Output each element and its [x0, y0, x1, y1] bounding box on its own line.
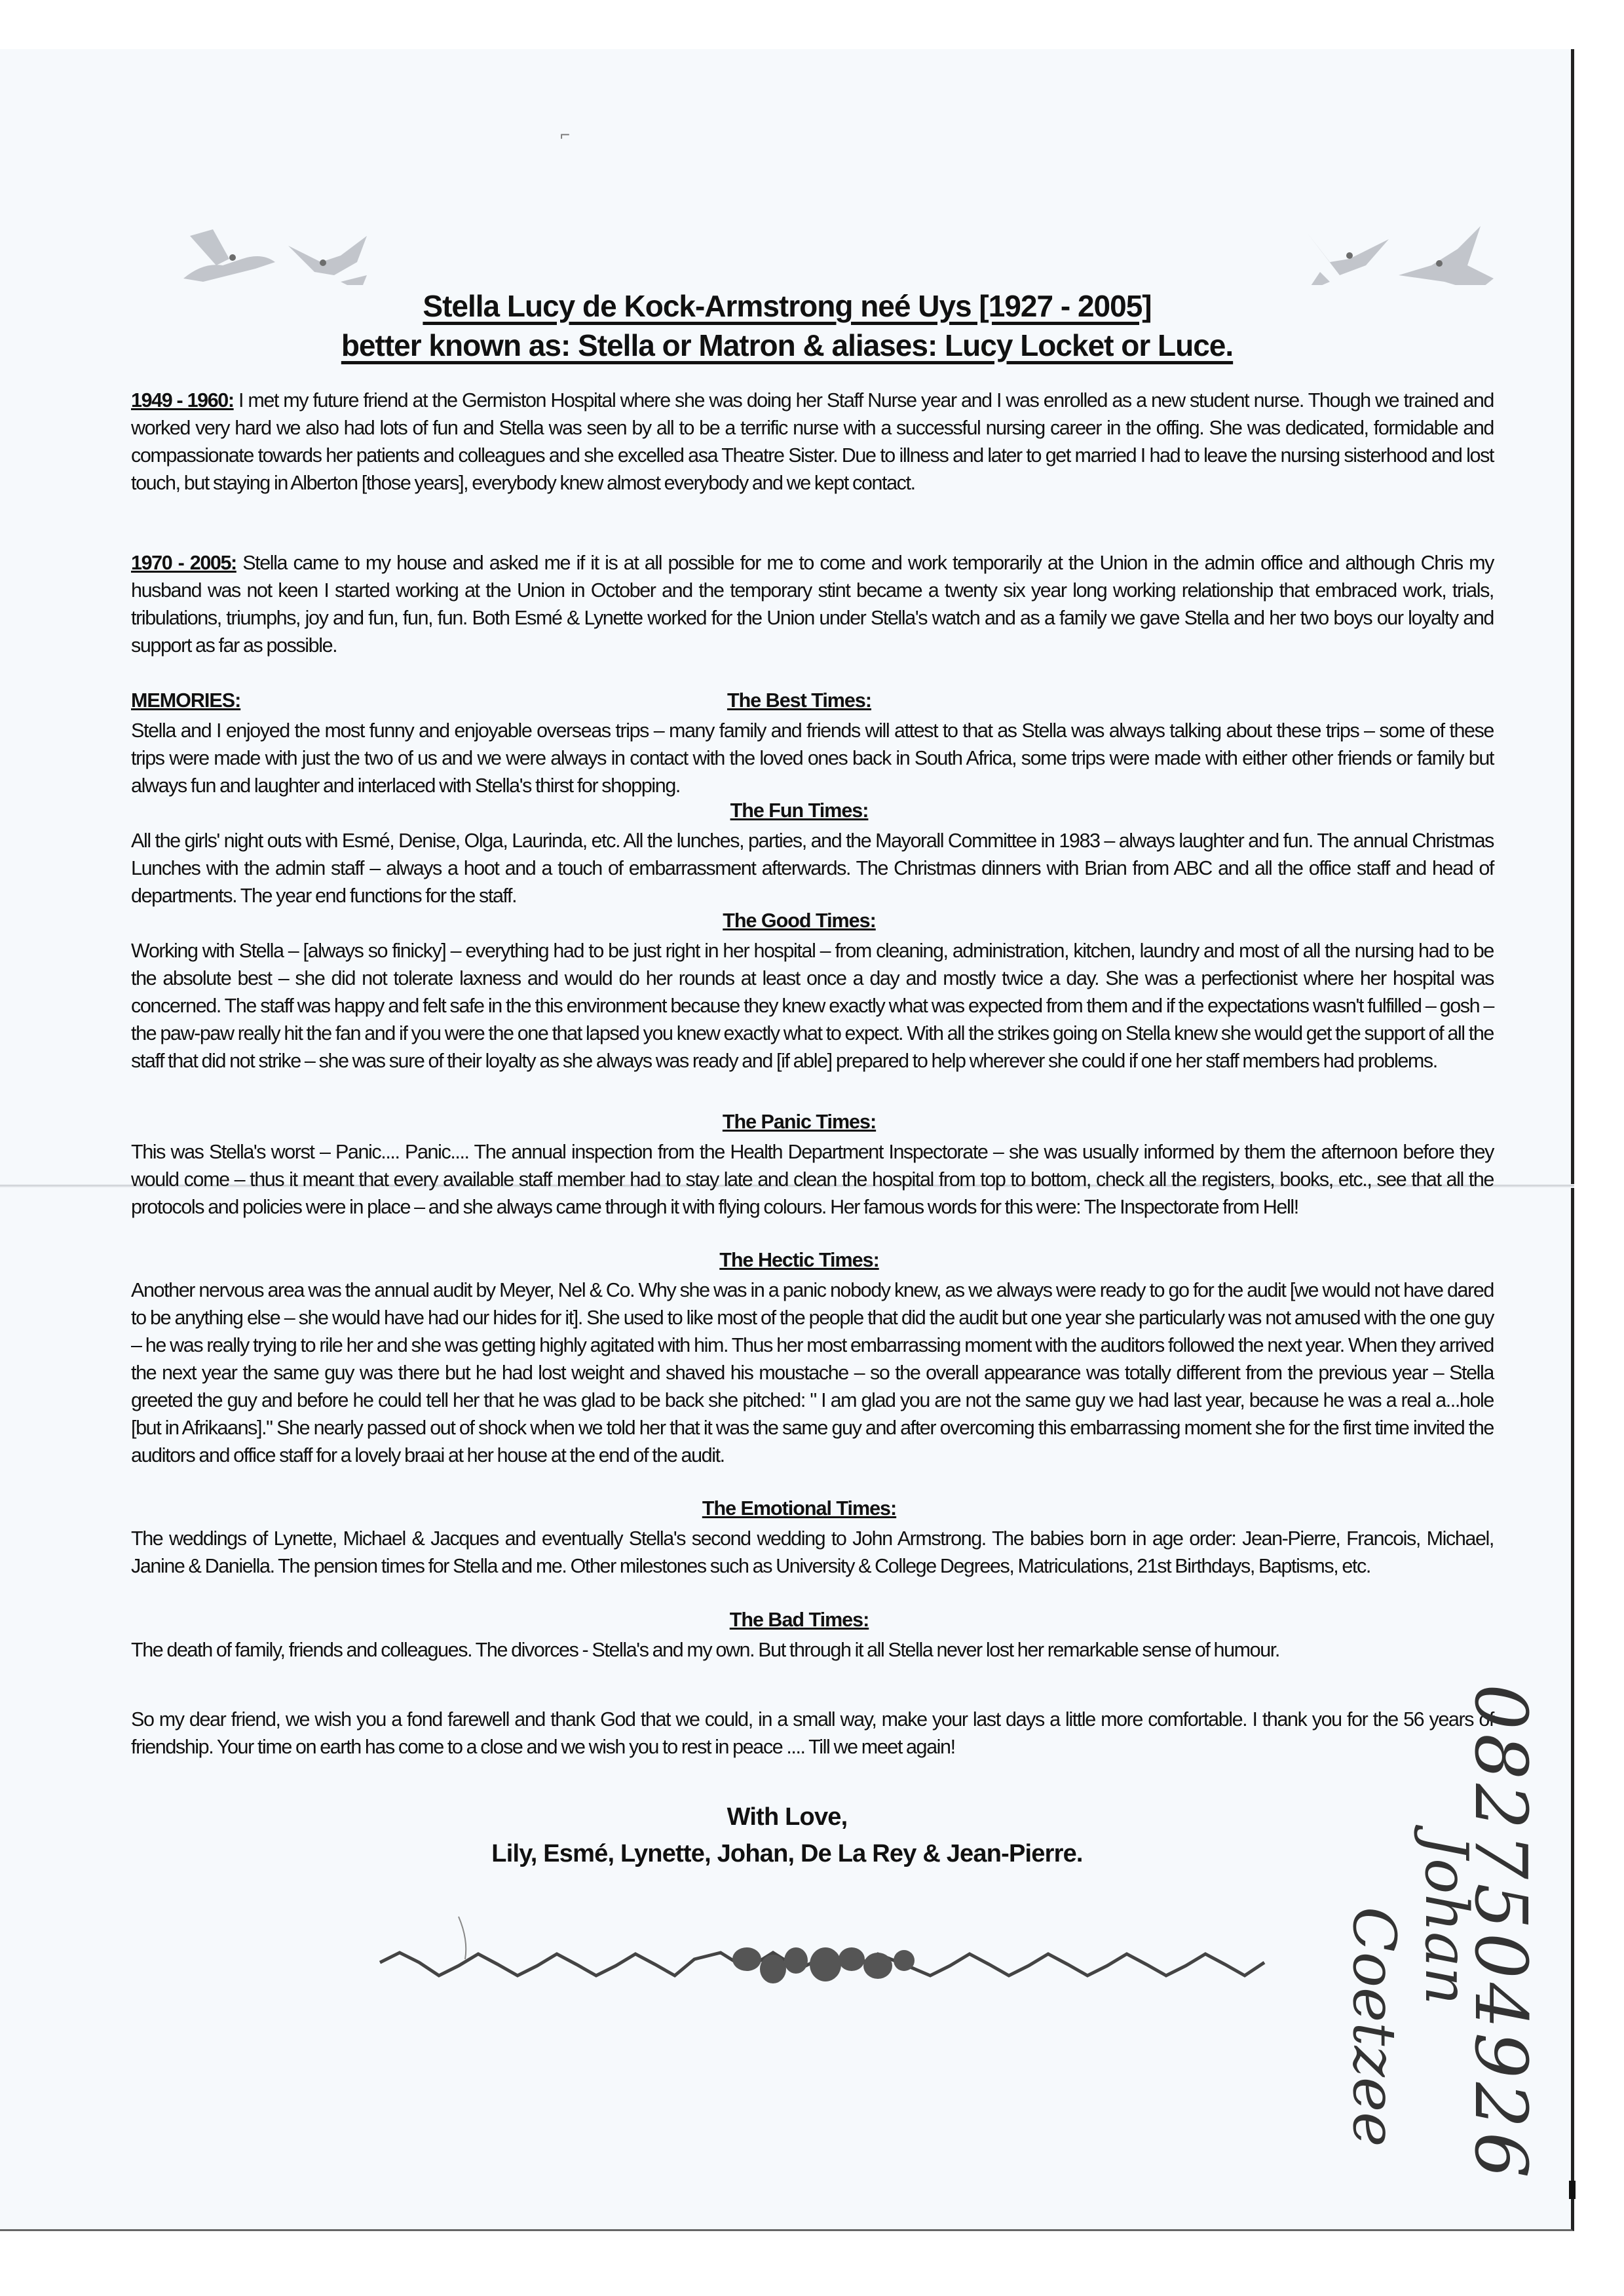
- section-heading-good-times: The Good Times:: [131, 909, 1494, 932]
- paragraph-1970-2005: 1970 - 2005: Stella came to my house and…: [131, 549, 1494, 659]
- section-heading-fun-times: The Fun Times:: [131, 799, 1494, 822]
- paragraph-1949-1960: 1949 - 1960: I met my future friend at t…: [131, 387, 1494, 497]
- section-heading-hectic-times: The Hectic Times:: [131, 1249, 1494, 1272]
- section-heading-bad-times: The Bad Times:: [131, 1609, 1494, 1632]
- memorial-subtitle: better known as: Stella or Matron & alia…: [0, 328, 1574, 363]
- paragraph-text: I met my future friend at the Germiston …: [131, 389, 1494, 494]
- scan-mark: ⌐: [560, 124, 570, 145]
- section-text-emotional-times: The weddings of Lynette, Michael & Jacqu…: [131, 1525, 1494, 1580]
- section-text-fun-times: All the girls' night outs with Esmé, Den…: [131, 827, 1494, 909]
- section-text-good-times: Working with Stella – [always so finicky…: [131, 937, 1494, 1075]
- ivy-vine-divider-icon: [354, 1913, 1297, 1985]
- section-text-panic-times: This was Stella's worst – Panic.... Pani…: [131, 1138, 1494, 1221]
- scan-edge-mark: [1569, 2181, 1576, 2199]
- section-heading-emotional-times: The Emotional Times:: [131, 1497, 1494, 1520]
- section-text-hectic-times: Another nervous area was the annual audi…: [131, 1276, 1494, 1469]
- dove-pair-icon: [1268, 200, 1503, 285]
- sign-off-names: Lily, Esmé, Lynette, Johan, De La Rey & …: [0, 1840, 1574, 1868]
- sign-off-greeting: With Love,: [0, 1803, 1574, 1831]
- memorial-title: Stella Lucy de Kock-Armstrong neé Uys [1…: [0, 288, 1574, 324]
- section-heading-panic-times: The Panic Times:: [131, 1111, 1494, 1134]
- handwritten-surname: Coetzee: [1340, 1907, 1408, 2147]
- section-heading-best-times: The Best Times:: [131, 689, 1494, 712]
- period-label: 1949 - 1960:: [131, 389, 234, 411]
- paragraph-text: Stella came to my house and asked me if …: [131, 552, 1494, 657]
- section-text-best-times: Stella and I enjoyed the most funny and …: [131, 717, 1494, 799]
- dove-pair-icon: [164, 200, 400, 285]
- period-label: 1970 - 2005:: [131, 552, 236, 574]
- closing-paragraph: So my dear friend, we wish you a fond fa…: [131, 1706, 1494, 1761]
- handwritten-name: Johan: [1412, 1835, 1481, 2005]
- section-text-bad-times: The death of family, friends and colleag…: [131, 1636, 1494, 1664]
